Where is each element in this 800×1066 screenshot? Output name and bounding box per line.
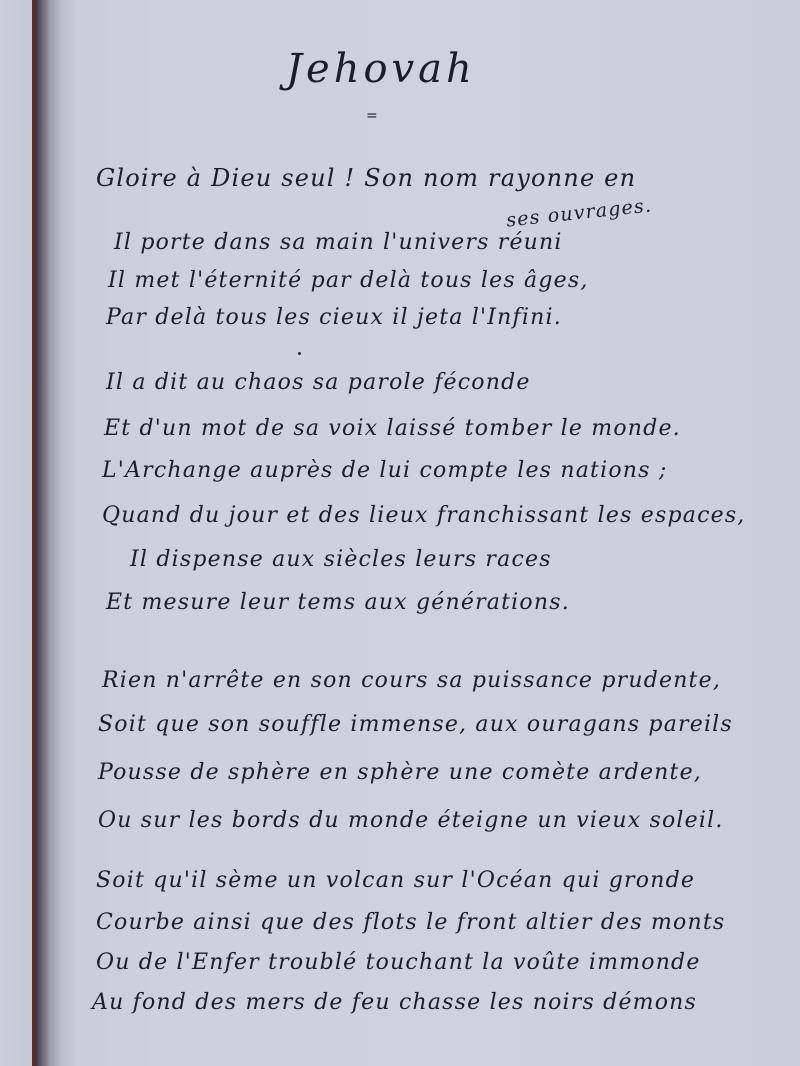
poem-title: Jehovah — [286, 46, 476, 92]
poem-line: Il met l'éternité par delà tous les âges… — [108, 268, 589, 293]
poem-line: Quand du jour et des lieux franchissant … — [102, 503, 746, 528]
poem-line: L'Archange auprès de lui compte les nati… — [102, 458, 667, 483]
poem-line: Rien n'arrête en son cours sa puissance … — [102, 668, 721, 693]
facing-page-edge — [0, 0, 34, 1066]
poem-line: Et d'un mot de sa voix laissé tomber le … — [104, 416, 681, 441]
title-underline-mark: = — [366, 108, 378, 124]
poem-line: Il a dit au chaos sa parole féconde — [106, 370, 531, 395]
poem-line: Courbe ainsi que des flots le front alti… — [96, 910, 725, 935]
poem-line: Soit qu'il sème un volcan sur l'Océan qu… — [96, 868, 695, 893]
poem-line: Soit que son souffle immense, aux ouraga… — [98, 712, 733, 737]
poem-line: Ou de l'Enfer troublé touchant la voûte … — [96, 950, 701, 975]
poem-line: Il dispense aux siècles leurs races — [130, 547, 552, 572]
manuscript-photo: Jehovah = Gloire à Dieu seul ! Son nom r… — [0, 0, 800, 1066]
stanza-separator-dot — [298, 352, 301, 355]
poem-line: Par delà tous les cieux il jeta l'Infini… — [106, 305, 562, 330]
poem-line: Au fond des mers de feu chasse les noirs… — [92, 990, 697, 1015]
poem-line: Ou sur les bords du monde éteigne un vie… — [98, 808, 724, 833]
poem-line: Il porte dans sa main l'univers réuni — [114, 230, 563, 255]
poem-line: Pousse de sphère en sphère une comète ar… — [98, 760, 702, 785]
poem-line: Et mesure leur tems aux générations. — [106, 590, 570, 615]
poem-line: Gloire à Dieu seul ! Son nom rayonne en — [96, 164, 636, 192]
poem-line-continuation: ses ouvrages. — [505, 194, 653, 231]
manuscript-page: Jehovah = Gloire à Dieu seul ! Son nom r… — [36, 0, 800, 1066]
